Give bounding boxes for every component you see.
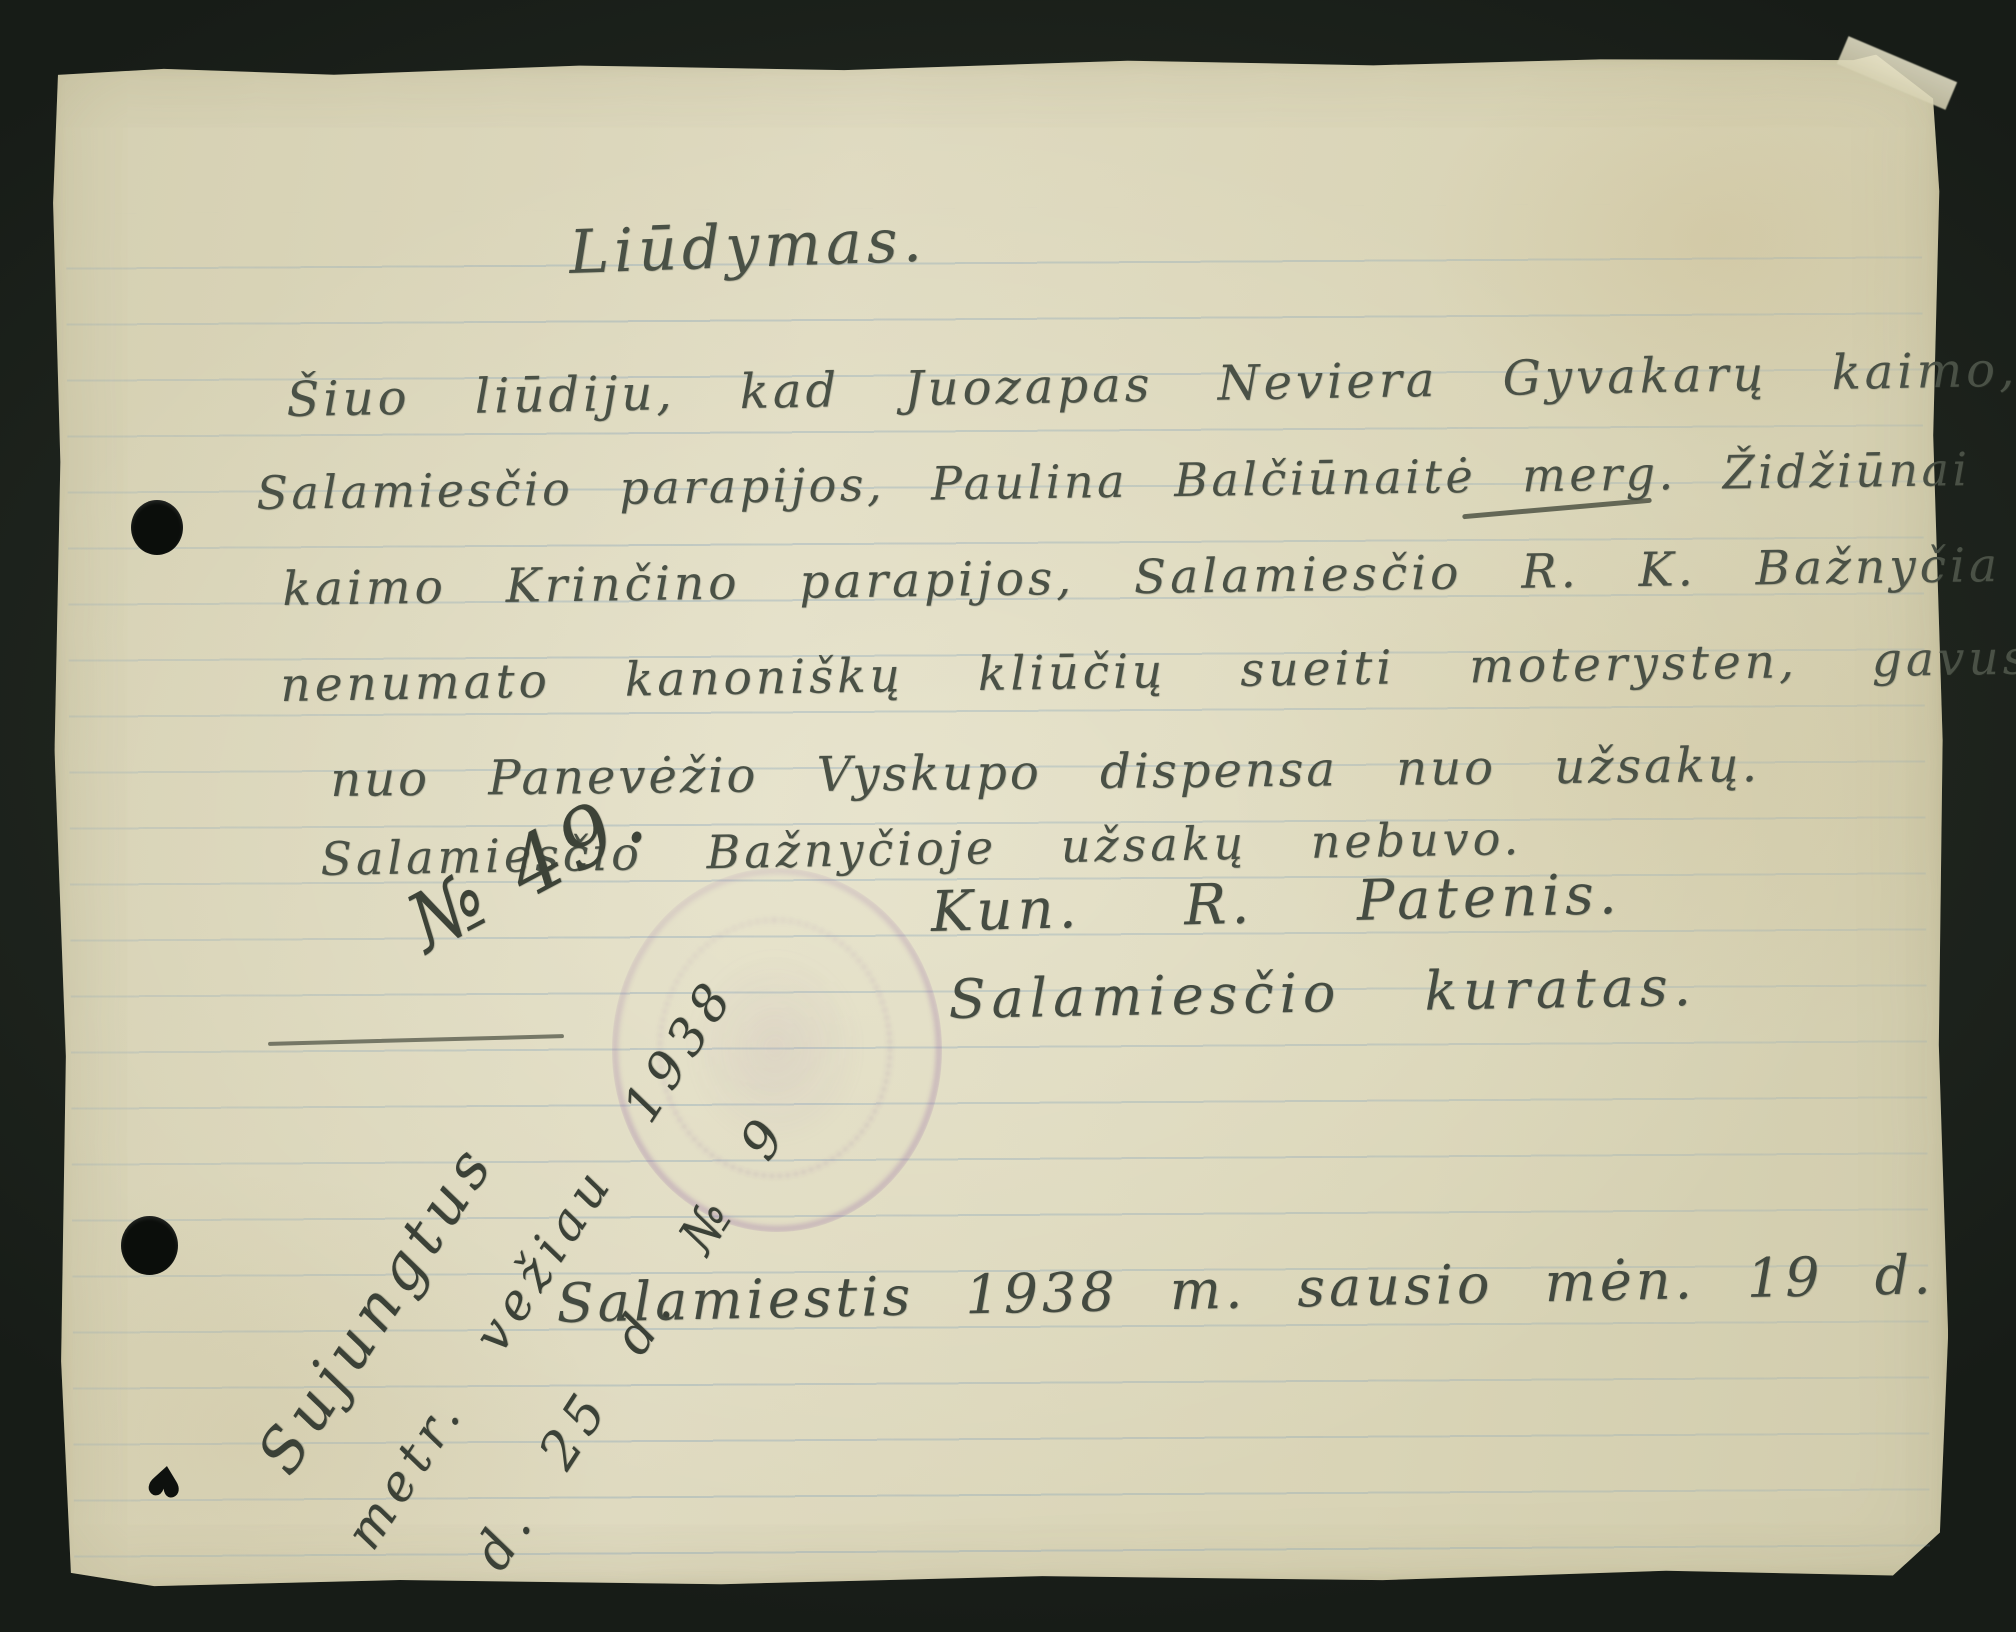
punch-hole-bottom xyxy=(121,1216,178,1275)
punch-hole-top xyxy=(131,500,183,555)
heart-punch-mark: ♥ xyxy=(143,1454,187,1508)
document-title: Liūdymas. xyxy=(568,206,928,288)
scan-background: ♥ Liūdymas. Šiuo liūdiju, kad Juozapas N… xyxy=(0,0,2016,1632)
signature-line-2: Salamiesčio kuratas. xyxy=(948,955,1697,1031)
